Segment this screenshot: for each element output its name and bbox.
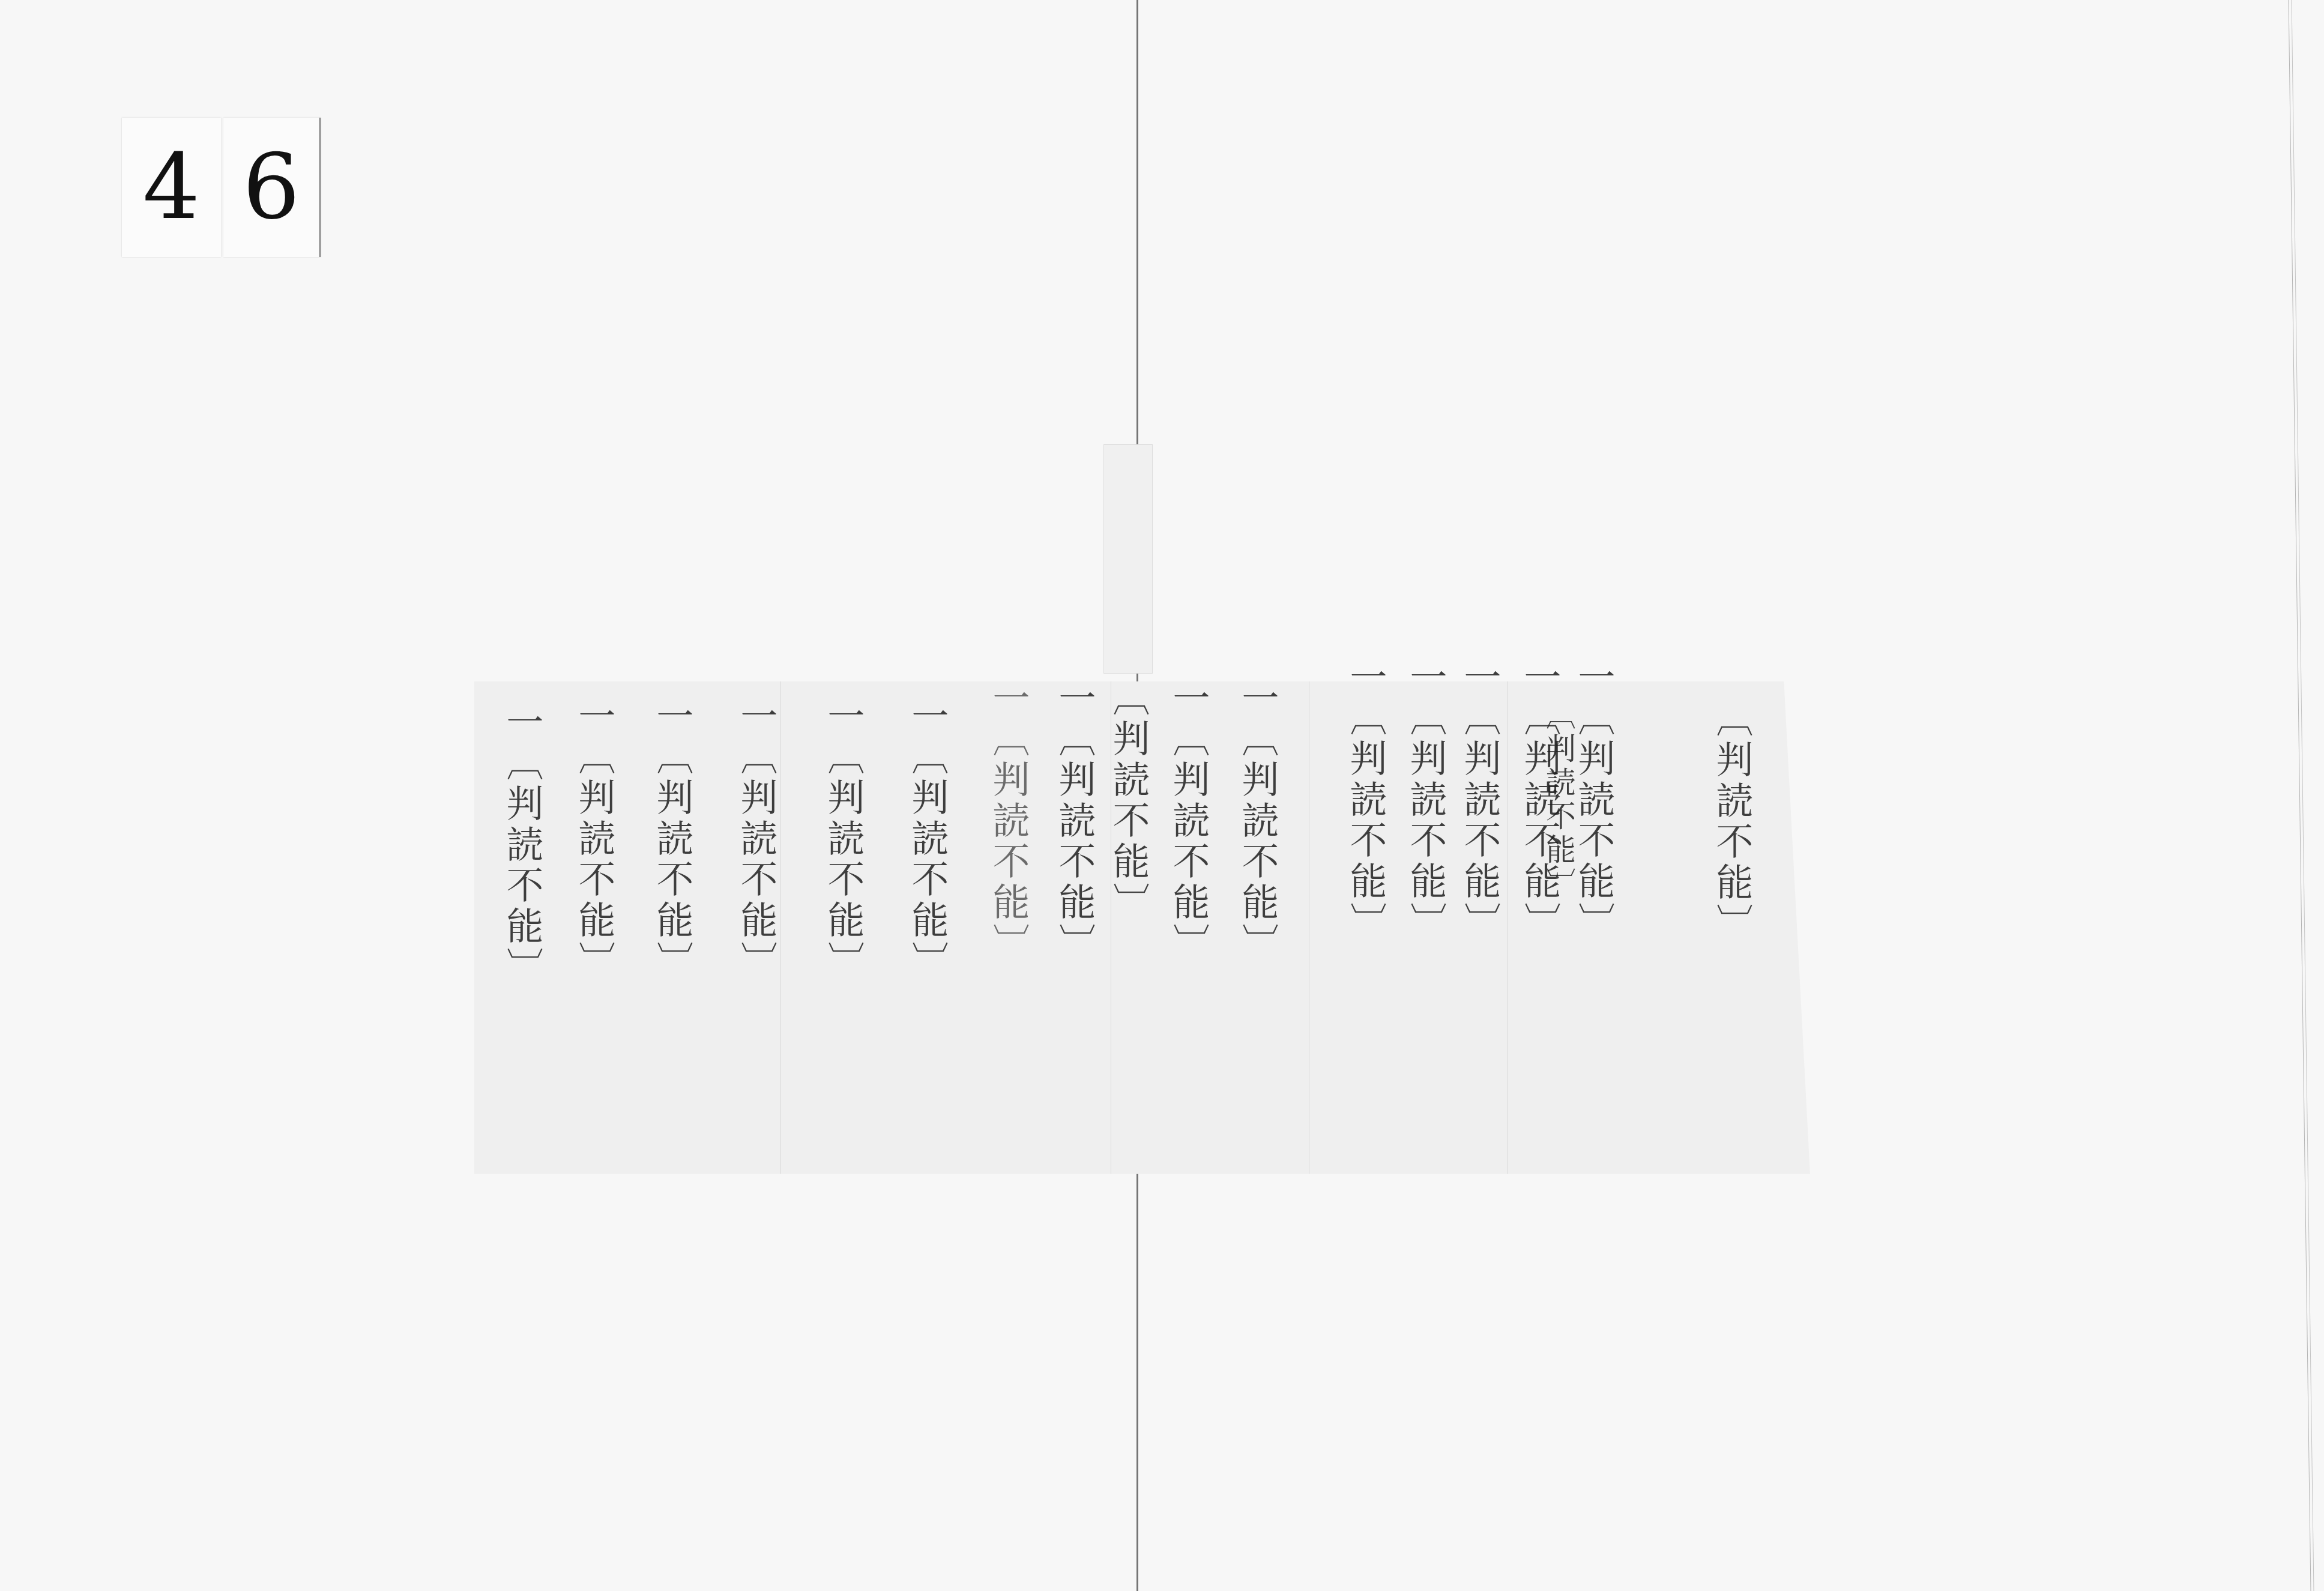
page-number-digit: 6	[223, 118, 319, 257]
text-column: 〔判読不能〕	[1705, 699, 1758, 944]
page-number-tag-right: 6	[223, 118, 321, 257]
text-column: 一〔判読不能〕	[982, 678, 1035, 964]
text-column: 一〔判読不能〕	[1453, 657, 1506, 943]
text-column: 一〔判読不能〕	[901, 696, 954, 982]
page-edge-line	[2288, 0, 2314, 1591]
paper-crease	[1309, 681, 1309, 1174]
text-column: 一〔判読不能〕	[1162, 678, 1215, 964]
text-column: 一〔判読不能〕	[1513, 657, 1566, 943]
text-column: 〔判読不能〕	[1102, 678, 1155, 923]
text-column: 一〔判読不能〕	[1399, 657, 1452, 943]
text-column: 一〔判読不能〕	[567, 696, 621, 982]
text-column: 一〔判読不能〕	[1339, 657, 1392, 943]
text-column: 一〔判読不能〕	[1231, 678, 1284, 964]
paper-crease	[1507, 681, 1508, 1174]
text-column: 一〔判読不能〕	[816, 696, 870, 982]
text-column: 一〔判読不能〕	[495, 702, 549, 988]
page-number-digit: 4	[122, 118, 221, 257]
text-column: 一〔判読不能〕	[729, 696, 783, 982]
paper-strip	[1103, 444, 1153, 674]
text-column: 一〔判読不能〕	[1048, 678, 1101, 964]
page-number-tag-left: 4	[122, 118, 221, 257]
text-column: 一〔判読不能〕	[645, 696, 699, 982]
